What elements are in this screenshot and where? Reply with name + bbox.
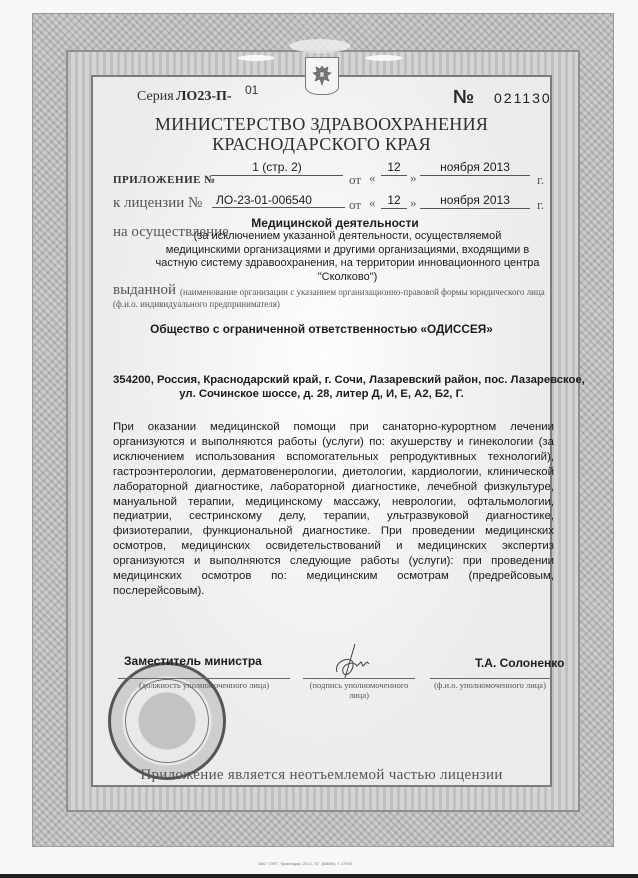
series-suffix: 01: [245, 83, 258, 97]
appendix-label: ПРИЛОЖЕНИЕ №: [113, 174, 216, 186]
signer-name: Т.А. Солоненко: [475, 656, 564, 670]
license-label: к лицензии №: [113, 195, 202, 212]
appendix-ot: от: [349, 172, 361, 188]
issued-to-hint-line1: (наименование организации с указанием ор…: [180, 287, 545, 297]
license-day: 12: [381, 193, 407, 209]
appendix-footer-note: Приложение является неотъемлемой частью …: [91, 767, 552, 784]
ministry-title-line1: МИНИСТЕРСТВО ЗДРАВООХРАНЕНИЯ: [91, 114, 552, 135]
address-line1: 354200, Россия, Краснодарский край, г. С…: [113, 374, 558, 386]
license-year-suffix: г.: [537, 197, 544, 213]
document-number: 021130: [494, 90, 552, 106]
coat-of-arms-icon: [305, 57, 339, 95]
license-ot: от: [349, 197, 361, 213]
number-sign: №: [453, 87, 474, 109]
license-quote-open: «: [369, 195, 376, 211]
ministry-title-line2: КРАСНОДАРСКОГО КРАЯ: [91, 134, 552, 155]
scan-edge: [0, 874, 638, 878]
activity-description: (за исключением указанной деятельности, …: [155, 230, 540, 284]
signature-hint: (подпись уполномоченного лица): [303, 678, 415, 700]
address-line2: ул. Сочинское шоссе, д. 28, литер Д, И, …: [91, 388, 552, 400]
appendix-month-year: ноября 2013: [420, 160, 530, 176]
series-value: ЛО23-П-: [176, 89, 232, 105]
issued-to-hint-line2: (ф.и.о. индивидуального предпринимателя): [113, 299, 280, 309]
organization-name: Общество с ограниченной ответственностью…: [91, 322, 552, 336]
appendix-quote-open: «: [369, 170, 376, 186]
license-number: ЛО-23-01-006540: [212, 193, 345, 208]
printer-line: ЗАО "ОФТ", Краснодар, 2012, "Б", (БВМ5),…: [258, 861, 352, 866]
license-quote-close: »: [410, 195, 417, 211]
signer-position: Заместитель министра: [124, 654, 262, 668]
name-hint: (ф.и.о. уполномоченного лица): [430, 678, 550, 690]
activity-title: Медицинской деятельности: [220, 216, 450, 230]
appendix-day: 12: [381, 160, 407, 176]
series-label: Серия: [137, 89, 174, 105]
license-month-year: ноября 2013: [420, 193, 530, 209]
appendix-number: 1 (стр. 2): [211, 160, 343, 176]
appendix-year-suffix: г.: [537, 172, 544, 188]
services-text: При оказании медицинской помощи при сана…: [113, 420, 554, 599]
issued-to-label: выданной: [113, 282, 176, 299]
position-hint: (должность уполномоченного лица): [118, 678, 290, 690]
appendix-quote-close: »: [410, 170, 417, 186]
